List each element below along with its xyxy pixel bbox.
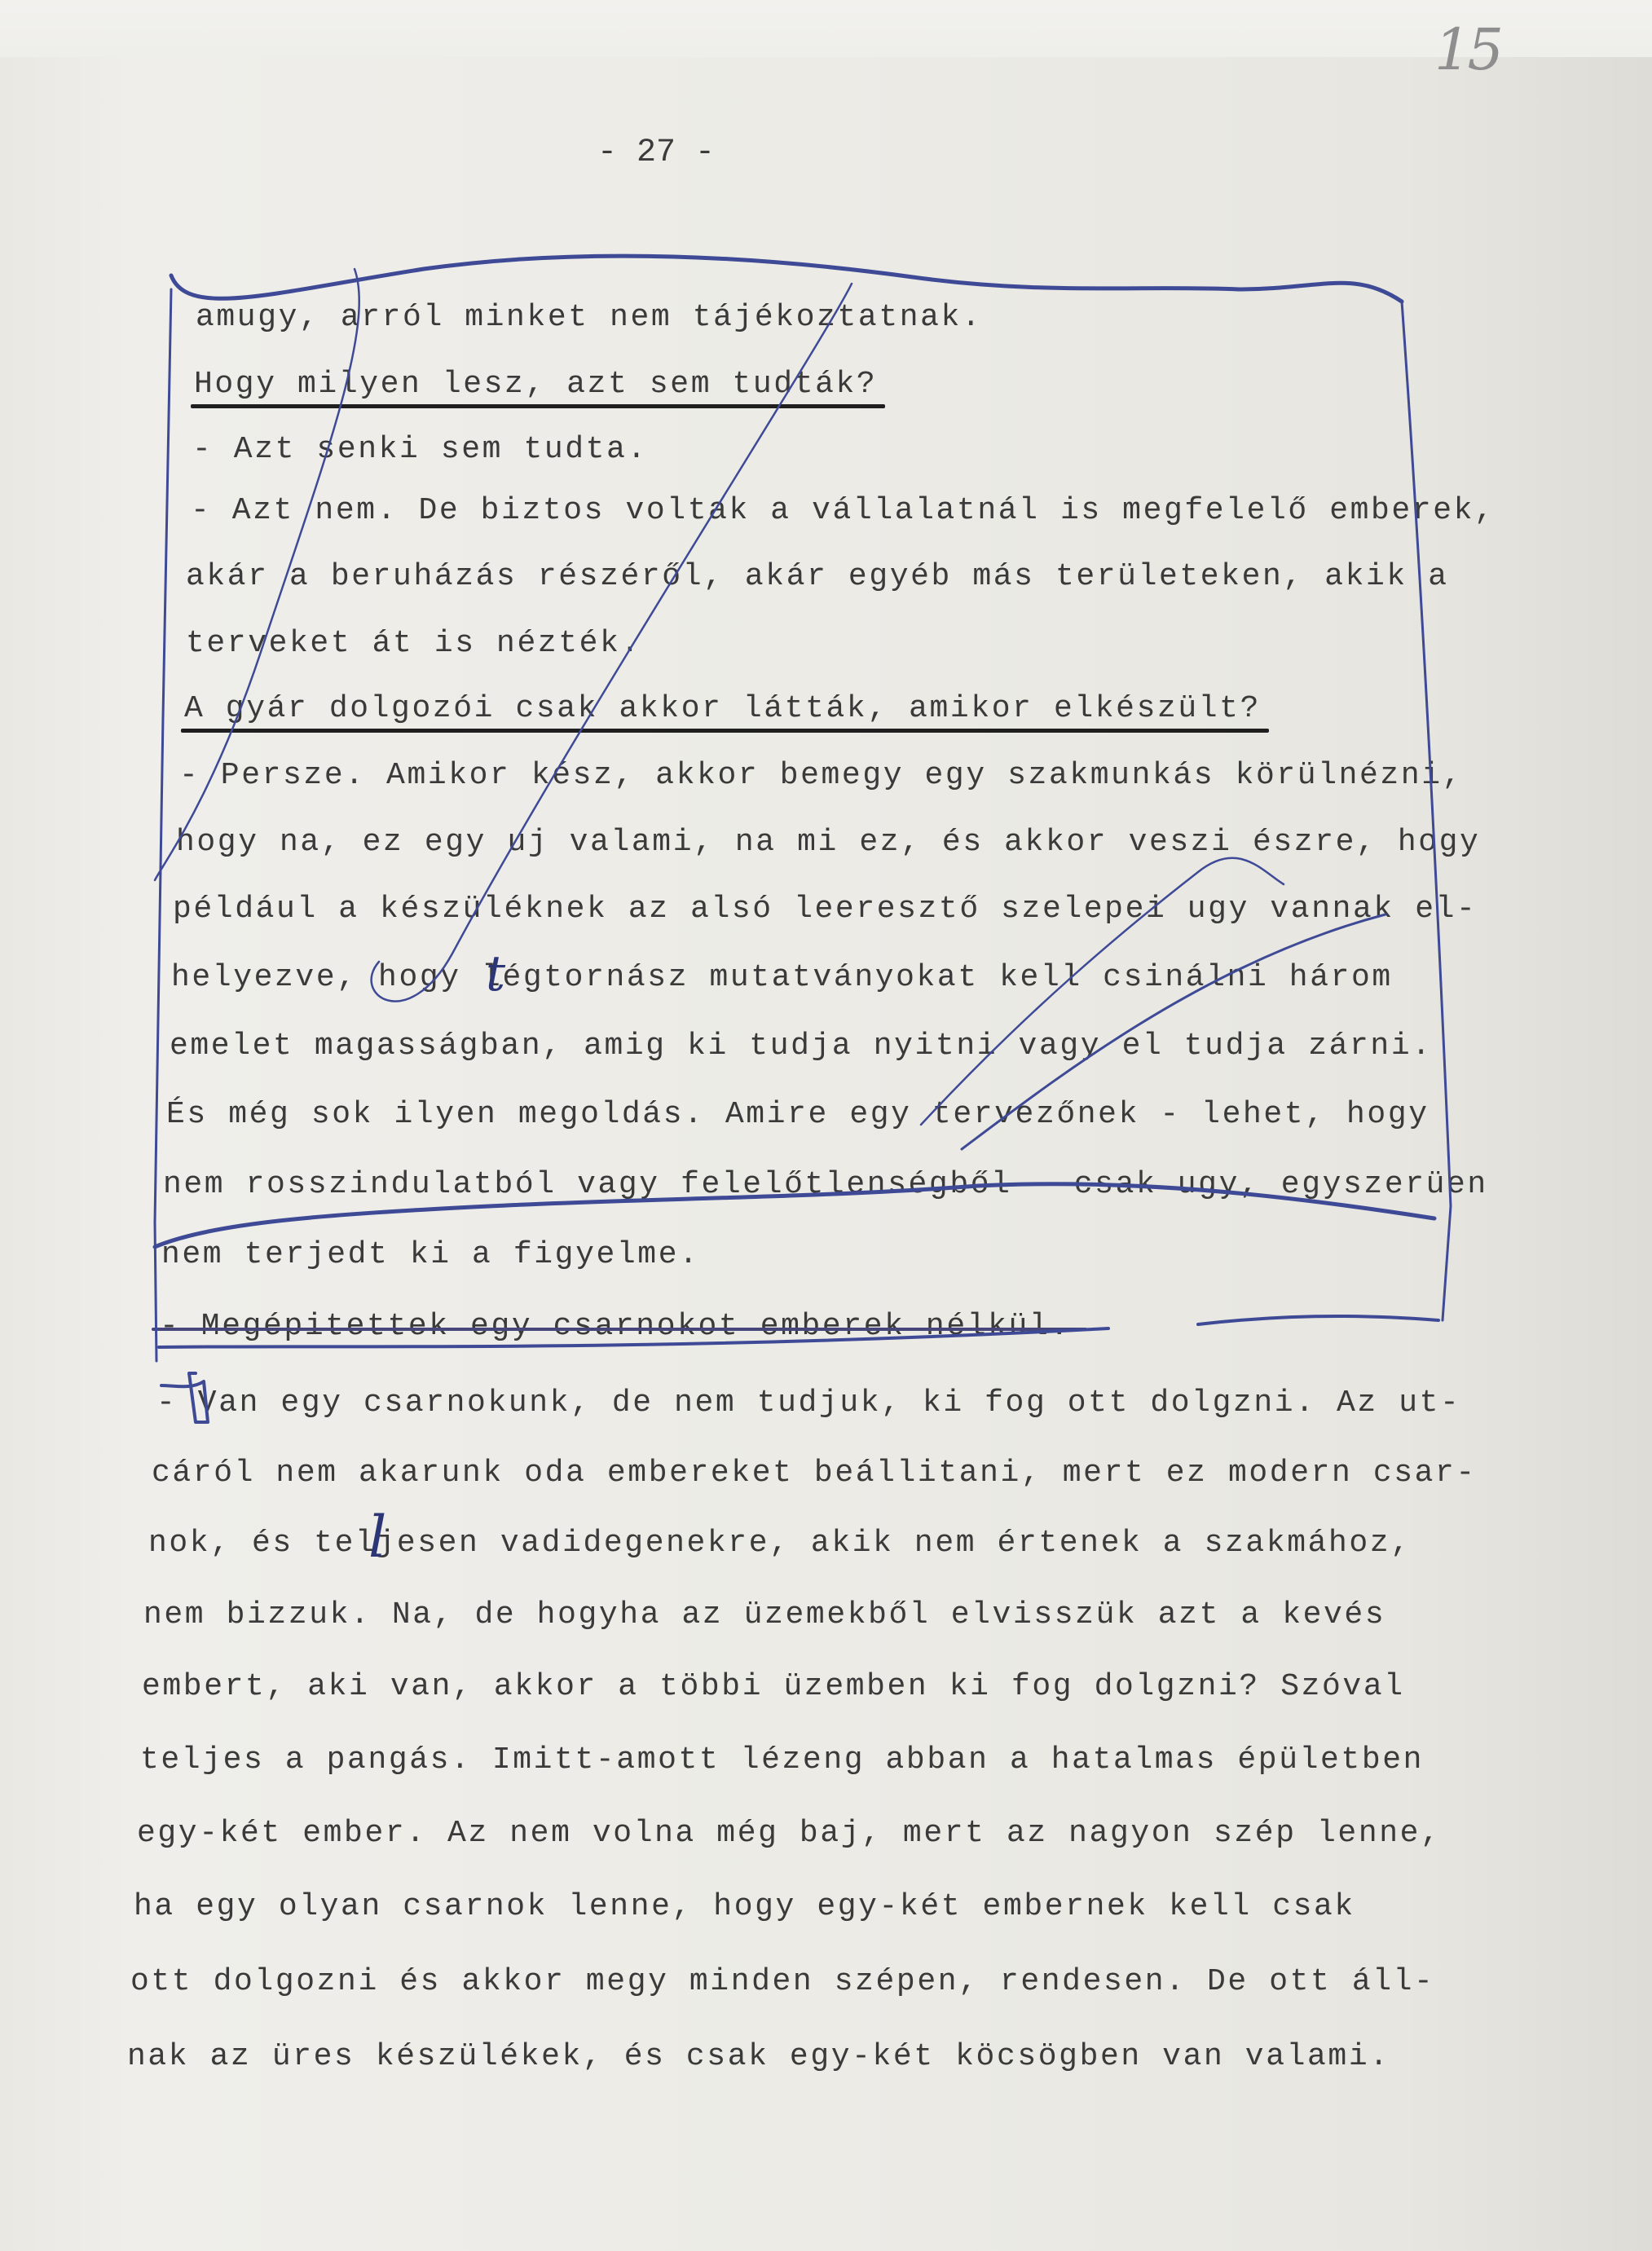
body-line: ha egy olyan csarnok lenne, hogy egy-két… [134,1889,1355,1924]
body-line: cáról nem akarunk oda embereket beállita… [152,1456,1477,1491]
boxed-line: helyezve, hogy légtornász mutatványokat … [171,960,1393,995]
page-top-edge [0,0,1652,57]
boxed-question: Hogy milyen lesz, azt sem tudták? [194,367,877,402]
boxed-line: hogy na, ez egy uj valami, na mi ez, és … [176,825,1480,860]
body-line: nak az üres készülékek, és csak egy-két … [127,2039,1390,2074]
boxed-line: - Azt nem. De biztos voltak a vállalatná… [191,493,1495,528]
boxed-line: És még sok ilyen megoldás. Amire egy ter… [166,1097,1430,1132]
boxed-line: amugy, arról minket nem tájékoztatnak. [196,300,982,335]
page-number: - 27 - [0,134,1312,171]
boxed-line: nem terjedt ki a figyelme. [161,1237,700,1272]
box-outline-bottom [1198,1316,1438,1324]
boxed-line: - Azt senki sem tudta. [192,432,648,467]
boxed-line: - Persze. Amikor kész, akkor bemegy egy … [179,758,1463,793]
struck-line: - Megépitettek egy csarnokot emberek nél… [160,1309,1071,1344]
body-line: - Van egy csarnokunk, de nem tudjuk, ki … [156,1385,1460,1421]
folio-pencil-mark: 15 [1434,16,1500,83]
boxed-line: akár a beruházás részéről, akár egyéb má… [186,559,1449,594]
boxed-question: A gyár dolgozói csak akkor látták, amiko… [184,691,1261,726]
body-line: ott dolgozni és akkor megy minden szépen… [130,1964,1434,1999]
boxed-line: például a készüléknek az alsó leeresztő … [173,892,1477,927]
body-line: embert, aki van, akkor a többi üzemben k… [142,1669,1405,1704]
boxed-line: nem rosszindulatból vagy felelőtlenségbő… [163,1167,1488,1202]
box-outline-top [171,256,1402,302]
boxed-line: terveket át is nézték. [186,626,641,661]
body-line: nok, és teljesen vadidegenekre, akik nem… [148,1526,1412,1561]
body-line: egy-két ember. Az nem volna még baj, mer… [137,1816,1441,1851]
body-line: teljes a pangás. Imitt-amott lézeng abba… [140,1742,1424,1777]
body-line: nem bizzuk. Na, de hogyha az üzemekből e… [143,1597,1385,1632]
boxed-line: emelet magasságban, amig ki tudja nyitni… [170,1029,1433,1064]
